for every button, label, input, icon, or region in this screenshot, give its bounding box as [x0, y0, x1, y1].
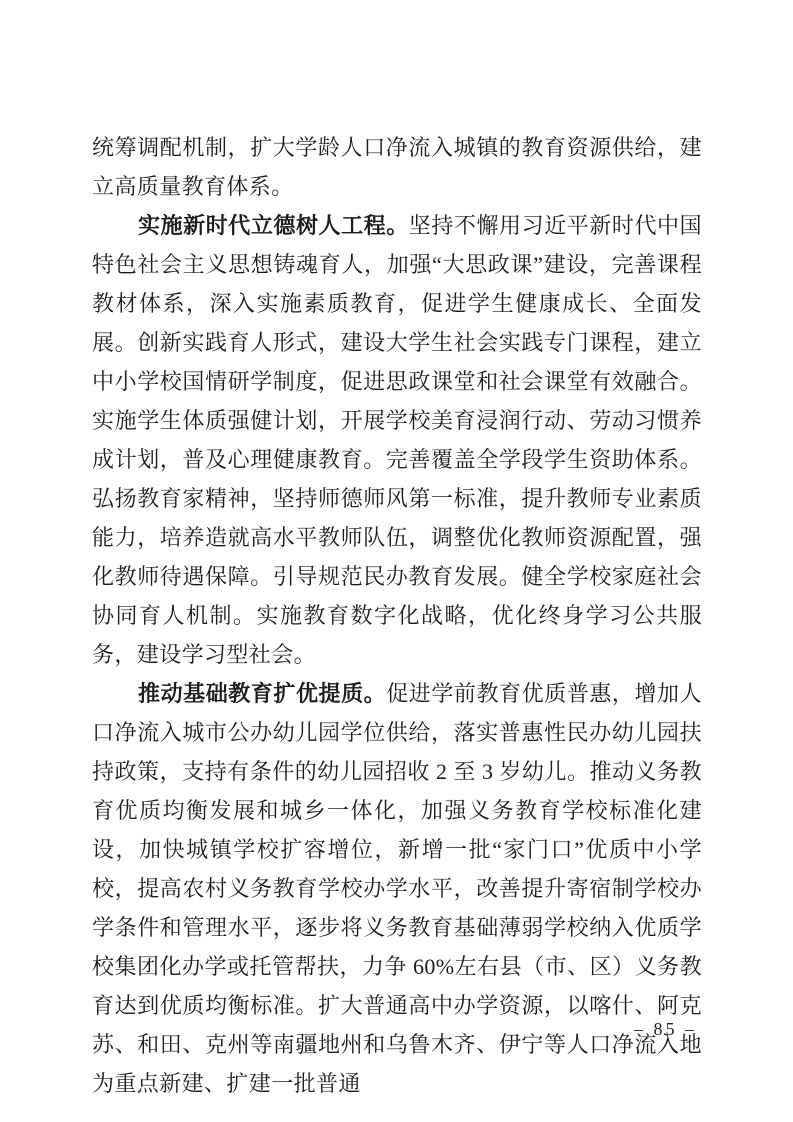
- paragraph-text: 促进学前教育优质普惠，增加人口净流入城市公办幼儿园学位供给，落实普惠性民办幼儿园…: [92, 681, 702, 1096]
- paragraph-bold-lead: 推动基础教育扩优提质。: [138, 681, 386, 706]
- paragraph-text: 坚持不懈用习近平新时代中国特色社会主义思想铸魂育人，加强“大思政课”建设，完善课…: [92, 213, 702, 667]
- paragraph-text: 统筹调配机制，扩大学龄人口净流入城镇的教育资源供给，建立高质量教育体系。: [92, 135, 702, 199]
- paragraph-continued: 统筹调配机制，扩大学龄人口净流入城镇的教育资源供给，建立高质量教育体系。: [92, 128, 702, 206]
- paragraph-basic-education: 推动基础教育扩优提质。促进学前教育优质普惠，增加人口净流入城市公办幼儿园学位供给…: [92, 674, 702, 1103]
- page-number: – 85 –: [634, 1016, 697, 1042]
- text-block: 统筹调配机制，扩大学龄人口净流入城镇的教育资源供给，建立高质量教育体系。 实施新…: [92, 128, 702, 1103]
- document-page: 统筹调配机制，扩大学龄人口净流入城镇的教育资源供给，建立高质量教育体系。 实施新…: [0, 0, 793, 1122]
- paragraph-bold-lead: 实施新时代立德树人工程。: [138, 213, 409, 238]
- paragraph-lideshuren-project: 实施新时代立德树人工程。坚持不懈用习近平新时代中国特色社会主义思想铸魂育人，加强…: [92, 206, 702, 674]
